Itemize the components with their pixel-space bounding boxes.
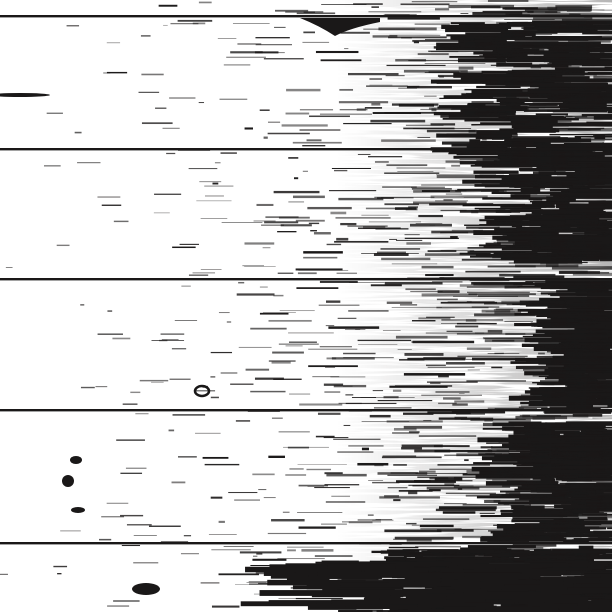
texture-canvas bbox=[0, 0, 612, 612]
wood-plank-texture bbox=[0, 0, 612, 612]
wood-grain-layer bbox=[0, 0, 612, 612]
